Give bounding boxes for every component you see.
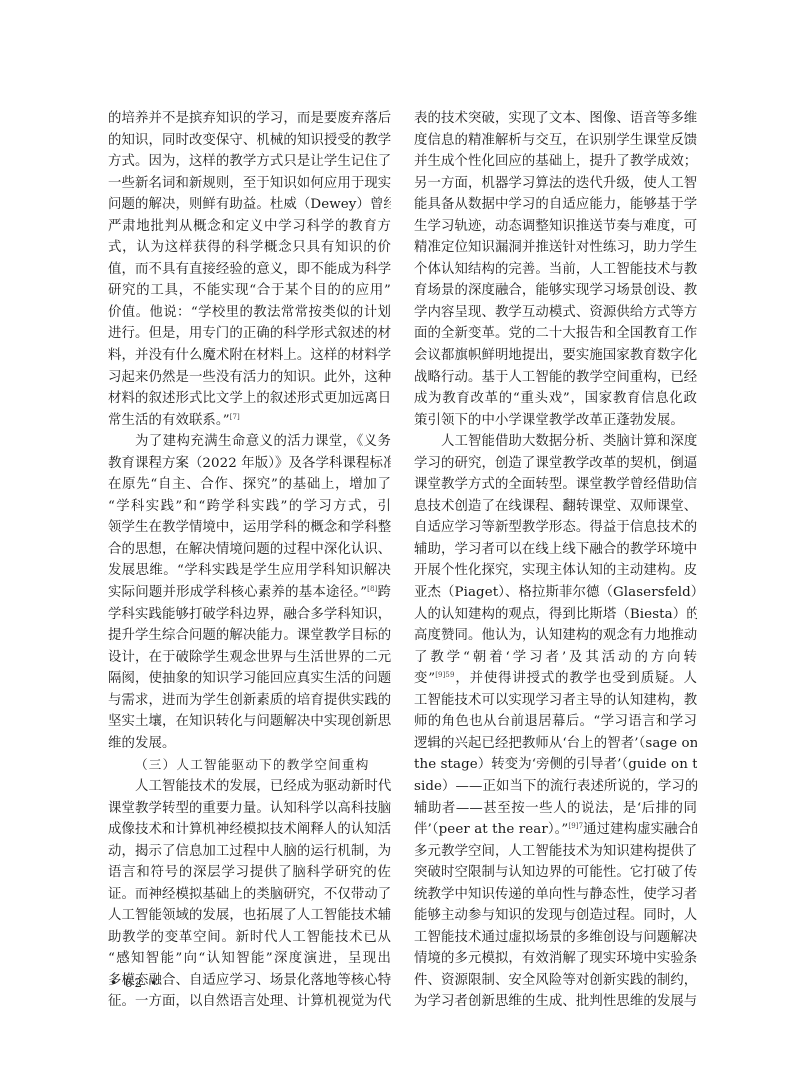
text-line: 成像技术和计算机神经模拟技术阐释人的认知活 [108, 819, 391, 841]
text-line: 人工智能领域的发展，也拓展了人工智能技术辅 [108, 905, 391, 927]
line-text: 精准定位知识漏洞并推送针对性练习，助力学生 [414, 240, 697, 255]
text-line: 战略行动。基于人工智能的教学空间重构，已经 [414, 367, 697, 389]
line-text: 开展个性化探究，实现主体认知的主动建构。皮 [414, 563, 697, 578]
text-line: 育场景的深度融合，能够实现学习场景创设、教 [414, 280, 697, 302]
line-text: 能具备从数据中学习的自适应能力，能够基于学 [414, 197, 697, 212]
line-text: 学习的研究，创造了课堂教学改革的契机，倒逼 [414, 456, 697, 471]
line-text: 伴’（peer at the rear）。” [414, 822, 568, 837]
text-line: 亚杰（Piaget）、格拉斯菲尔德（Glasersfeld）等 [414, 582, 697, 604]
line-text: 教育课程方案（2022 年版）》及各学科课程标准 [108, 456, 391, 471]
line-text: 的知识，同时改变保守、机械的知识授受的教学 [108, 133, 391, 148]
text-line: 常生活的有效联系。”[7] [108, 410, 391, 432]
text-line: 研究的工具，不能实现“合于某个目的的应用” [108, 280, 391, 302]
text-line: 进行。但是，用专门的正确的科学形式叙述的材 [108, 323, 391, 345]
text-line: 突破时空限制与认知边界的可能性。它打破了传 [414, 862, 697, 884]
line-text: side）——正如当下的流行表述所说的，学习的 [414, 779, 697, 794]
left-column: 的培养并不是摈弃知识的学习，而是要废弃落后的知识，同时改变保守、机械的知识授受的… [108, 108, 391, 1013]
line-text: 值，而不具有直接经验的意义，即不能成为科学 [108, 262, 391, 277]
text-line: 人工智能技术的发展，已经成为驱动新时代 [108, 776, 391, 798]
text-line: 为了建构充满生命意义的活力课堂，《义务 [108, 431, 391, 453]
line-text: 能够主动参与知识的发现与创造过程。同时，人 [414, 908, 697, 923]
text-line: 能具备从数据中学习的自适应能力，能够基于学 [414, 194, 697, 216]
line-text: 度信息的精准解析与交互，在识别学生课堂反馈 [414, 133, 697, 148]
text-line: 逻辑的兴起已经把教师从‘台上的智者’（sage on [414, 733, 697, 755]
text-line: 策引领下的中小学课堂教学改革正蓬勃发展。 [414, 410, 697, 432]
line-text: 工智能技术可以实现学习者主导的认知建构，教 [414, 693, 697, 708]
text-line: 值，而不具有直接经验的意义，即不能成为科学 [108, 259, 391, 281]
line-text: 问题的解决，则鲜有助益。杜威（Dewey）曾经 [108, 197, 391, 212]
text-line: 料，并没有什么魔术附在材料上。这样的材料学 [108, 345, 391, 367]
line-text: 辅助，学习者可以在线上线下融合的教学环境中 [414, 542, 697, 557]
line-text: 为了建构充满生命意义的活力课堂，《义务 [135, 434, 391, 449]
line-text: 自适应学习等新型教学形态。得益于信息技术的 [414, 520, 697, 535]
page-number: • 62 • [110, 976, 159, 990]
line-text: 人工智能技术的发展，已经成为驱动新时代 [135, 779, 391, 794]
line-text: 维的发展。 [108, 736, 175, 751]
line-text: 课堂教学方式的全面转型。课堂教学曾经借助信 [414, 477, 697, 492]
text-line: 工智能技术通过虚拟场景的多维创设与问题解决 [414, 927, 697, 949]
text-line: 息技术创造了在线课程、翻转课堂、双师课堂、 [414, 496, 697, 518]
line-text: 语言和符号的深层学习提供了脑科学研究的佐 [108, 865, 391, 880]
text-line: 辅助者——甚至按一些人的说法，是‘后排的同 [414, 798, 697, 820]
line-text: 证。而神经模拟基础上的类脑研究，不仅带动了 [108, 887, 391, 902]
text-line: 度信息的精准解析与交互，在识别学生课堂反馈 [414, 130, 697, 152]
right-column: 表的技术突破，实现了文本、图像、语音等多维度信息的精准解析与交互，在识别学生课堂… [414, 108, 697, 1013]
text-line: 精准定位知识漏洞并推送针对性练习，助力学生 [414, 237, 697, 259]
text-line: 为学习者创新思维的生成、批判性思维的发展与 [414, 991, 697, 1013]
line-text: 料，并没有什么魔术附在材料上。这样的材料学 [108, 348, 391, 363]
line-text-tail: 通过建构虚实融合的 [583, 822, 697, 837]
text-line: 动，揭示了信息加工过程中人脑的运行机制，为 [108, 841, 391, 863]
text-line: 问题的解决，则鲜有助益。杜威（Dewey）曾经 [108, 194, 391, 216]
text-line: 师的角色也从台前退居幕后。“学习语言和学习 [414, 711, 697, 733]
line-text: 学科实践能够打破学科边界，融合多学科知识， [108, 607, 391, 622]
text-line: 面的全新变革。党的二十大报告和全国教育工作 [414, 323, 697, 345]
line-text: 发展思维。“学科实践是学生应用学科知识解决 [108, 563, 391, 578]
text-line: 与需求，进而为学生创新素质的培育提供实践的 [108, 690, 391, 712]
line-text: 合的思想，在解决情境问题的过程中深化认识、 [108, 542, 391, 557]
line-text: 统教学中知识传递的单向性与静态性，使学习者 [414, 887, 697, 902]
text-line: 统教学中知识传递的单向性与静态性，使学习者 [414, 884, 697, 906]
line-text: 一些新名词和新规则，至于知识如何应用于现实 [108, 176, 391, 191]
line-text: 习起来仍然是一些没有活力的知识。此外，这种 [108, 370, 391, 385]
line-text: 师的角色也从台前退居幕后。“学习语言和学习 [414, 714, 697, 729]
line-text: 进行。但是，用专门的正确的科学形式叙述的材 [108, 326, 391, 341]
text-line: 隔阂，使抽象的知识学习能回应真实生活的问题 [108, 668, 391, 690]
line-text: 战略行动。基于人工智能的教学空间重构，已经 [414, 370, 697, 385]
text-line: 发展思维。“学科实践是学生应用学科知识解决 [108, 560, 391, 582]
text-line: 方式。因为，这样的教学方式只是让学生记住了 [108, 151, 391, 173]
text-line: 生学习轨迹，动态调整知识推送节奏与难度，可 [414, 216, 697, 238]
line-text: 突破时空限制与认知边界的可能性。它打破了传 [414, 865, 697, 880]
text-line: “学科实践”和“跨学科实践”的学习方式，引 [108, 496, 391, 518]
text-line: 能够主动参与知识的发现与创造过程。同时，人 [414, 905, 697, 927]
line-text: 了教学“朝着‘学习者’及其活动的方向转 [414, 650, 697, 665]
line-text: 变” [414, 671, 435, 686]
line-text: 成为教育改革的“重头戏”，国家教育信息化政 [414, 391, 697, 406]
text-line: 语言和符号的深层学习提供了脑科学研究的佐 [108, 862, 391, 884]
text-line: 情境的多元模拟，有效消解了现实环境中实验条 [414, 948, 697, 970]
line-text: 实际问题并形成学科核心素养的基本途径。” [108, 585, 367, 600]
line-text: 辅助者——甚至按一些人的说法，是‘后排的同 [414, 801, 697, 816]
text-line: 表的技术突破，实现了文本、图像、语音等多维 [414, 108, 697, 130]
text-line: the stage）转变为‘旁侧的引导者’（guide on the [414, 754, 697, 776]
line-text: 并生成个性化回应的基础上，提升了教学成效； [414, 154, 697, 169]
line-text: 的培养并不是摈弃知识的学习，而是要废弃落后 [108, 111, 391, 126]
text-line: 人的认知建构的观点，得到比斯塔（Biesta）的 [414, 604, 697, 626]
line-text: 息技术创造了在线课程、翻转课堂、双师课堂、 [414, 499, 697, 514]
text-line: 另一方面，机器学习算法的迭代升级，使人工智 [414, 173, 697, 195]
text-line: 学科实践能够打破学科边界，融合多学科知识， [108, 604, 391, 626]
text-line: 件、资源限制、安全风险等对创新实践的制约， [414, 970, 697, 992]
line-text: 隔阂，使抽象的知识学习能回应真实生活的问题 [108, 671, 391, 686]
line-text: 人的认知建构的观点，得到比斯塔（Biesta）的 [414, 607, 697, 622]
line-text: 与需求，进而为学生创新素质的培育提供实践的 [108, 693, 391, 708]
text-line: 教育课程方案（2022 年版）》及各学科课程标准 [108, 453, 391, 475]
citation-reference[interactable]: [9]7 [568, 822, 583, 830]
text-line: 学习的研究，创造了课堂教学改革的契机，倒逼 [414, 453, 697, 475]
line-text: 多元教学空间，人工智能技术为知识建构提供了 [414, 844, 697, 859]
section-heading: （三）人工智能驱动下的教学空间重构 [108, 754, 391, 776]
line-text: 成像技术和计算机神经模拟技术阐释人的认知活 [108, 822, 391, 837]
line-text: 材料的叙述形式比文学上的叙述形式更加远离日 [108, 391, 391, 406]
line-text: “学科实践”和“跨学科实践”的学习方式，引 [108, 499, 391, 514]
text-line: 伴’（peer at the rear）。”[9]7通过建构虚实融合的 [414, 819, 697, 841]
text-line: 式，认为这样获得的科学概念只具有知识的价 [108, 237, 391, 259]
text-line: 多元教学空间，人工智能技术为知识建构提供了 [414, 841, 697, 863]
text-line: 工智能技术可以实现学习者主导的认知建构，教 [414, 690, 697, 712]
text-line: 实际问题并形成学科核心素养的基本途径。”[8]跨 [108, 582, 391, 604]
line-text: the stage）转变为‘旁侧的引导者’（guide on the [414, 757, 697, 772]
line-text: 面的全新变革。党的二十大报告和全国教育工作 [414, 326, 697, 341]
line-text: 价值。他说：“学校里的教法常常按类似的计划 [108, 305, 391, 320]
text-line: 合的思想，在解决情境问题的过程中深化认识、 [108, 539, 391, 561]
line-text: 领学生在教学情境中，运用学科的概念和学科整 [108, 520, 391, 535]
text-line: 高度赞同。他认为，认知建构的观念有力地推动 [414, 625, 697, 647]
text-line: 坚实土壤，在知识转化与问题解决中实现创新思 [108, 711, 391, 733]
line-text: （三）人工智能驱动下的教学空间重构 [135, 757, 370, 772]
line-text: 情境的多元模拟，有效消解了现实环境中实验条 [414, 951, 697, 966]
line-text: 表的技术突破，实现了文本、图像、语音等多维 [414, 111, 697, 126]
text-line: 习起来仍然是一些没有活力的知识。此外，这种 [108, 367, 391, 389]
line-text: 高度赞同。他认为，认知建构的观念有力地推动 [414, 628, 697, 643]
line-text: 会议都旗帜鲜明地提出，要实施国家教育数字化 [414, 348, 697, 363]
line-text: 严肃地批判从概念和定义中学习科学的教育方 [108, 219, 391, 234]
text-line: 助教学的变革空间。新时代人工智能技术已从 [108, 927, 391, 949]
text-line: 领学生在教学情境中，运用学科的概念和学科整 [108, 517, 391, 539]
line-text: 育场景的深度融合，能够实现学习场景创设、教 [414, 283, 697, 298]
text-line: 了教学“朝着‘学习者’及其活动的方向转 [414, 647, 697, 669]
line-text: 逻辑的兴起已经把教师从‘台上的智者’（sage on [414, 736, 697, 751]
text-line: 开展个性化探究，实现主体认知的主动建构。皮 [414, 560, 697, 582]
text-line: 征。一方面，以自然语言处理、计算机视觉为代 [108, 991, 391, 1013]
text-line: 的培养并不是摈弃知识的学习，而是要废弃落后 [108, 108, 391, 130]
text-line: “感知智能”向“认知智能”深度演进，呈现出 [108, 948, 391, 970]
text-line: 提升学生综合问题的解决能力。课堂教学目标的 [108, 625, 391, 647]
text-line: 一些新名词和新规则，至于知识如何应用于现实 [108, 173, 391, 195]
line-text: 件、资源限制、安全风险等对创新实践的制约， [414, 973, 697, 988]
text-line: 维的发展。 [108, 733, 391, 755]
line-text: 人工智能领域的发展，也拓展了人工智能技术辅 [108, 908, 391, 923]
line-text: 亚杰（Piaget）、格拉斯菲尔德（Glasersfeld）等 [414, 585, 697, 600]
citation-reference[interactable]: [8] [367, 585, 377, 593]
text-line: 人工智能借助大数据分析、类脑计算和深度 [414, 431, 697, 453]
line-text: 式，认为这样获得的科学概念只具有知识的价 [108, 240, 391, 255]
line-text: 个体认知结构的完善。当前，人工智能技术与教 [414, 262, 697, 277]
text-line: 个体认知结构的完善。当前，人工智能技术与教 [414, 259, 697, 281]
text-line: side）——正如当下的流行表述所说的，学习的 [414, 776, 697, 798]
citation-reference[interactable]: [9]59 [435, 671, 454, 679]
line-text: 为学习者创新思维的生成、批判性思维的发展与 [414, 994, 697, 1009]
text-line: 课堂教学转型的重要力量。认知科学以高科技脑 [108, 798, 391, 820]
line-text-tail: 跨 [377, 585, 391, 600]
text-line: 自适应学习等新型教学形态。得益于信息技术的 [414, 517, 697, 539]
text-line: 材料的叙述形式比文学上的叙述形式更加远离日 [108, 388, 391, 410]
text-line: 辅助，学习者可以在线上线下融合的教学环境中 [414, 539, 697, 561]
text-line: 的知识，同时改变保守、机械的知识授受的教学 [108, 130, 391, 152]
text-line: 严肃地批判从概念和定义中学习科学的教育方 [108, 216, 391, 238]
text-line: 设计，在于破除学生观念世界与生活世界的二元 [108, 647, 391, 669]
line-text: 另一方面，机器学习算法的迭代升级，使人工智 [414, 176, 697, 191]
line-text: 提升学生综合问题的解决能力。课堂教学目标的 [108, 628, 391, 643]
line-text: 动，揭示了信息加工过程中人脑的运行机制，为 [108, 844, 391, 859]
text-line: 变”[9]59，并使得讲授式的教学也受到质疑。人 [414, 668, 697, 690]
text-line: 并生成个性化回应的基础上，提升了教学成效； [414, 151, 697, 173]
text-line: 学内容呈现、教学互动模式、资源供给方式等方 [414, 302, 697, 324]
line-text: 方式。因为，这样的教学方式只是让学生记住了 [108, 154, 391, 169]
text-line: 价值。他说：“学校里的教法常常按类似的计划 [108, 302, 391, 324]
line-text: 助教学的变革空间。新时代人工智能技术已从 [108, 930, 391, 945]
line-text: 学内容呈现、教学互动模式、资源供给方式等方 [414, 305, 697, 320]
line-text: 设计，在于破除学生观念世界与生活世界的二元 [108, 650, 391, 665]
line-text: 生学习轨迹，动态调整知识推送节奏与难度，可 [414, 219, 697, 234]
line-text: 在原先“自主、合作、探究”的基础上，增加了 [108, 477, 391, 492]
line-text: 工智能技术通过虚拟场景的多维创设与问题解决 [414, 930, 697, 945]
citation-reference[interactable]: [7] [230, 413, 240, 421]
line-text: “感知智能”向“认知智能”深度演进，呈现出 [108, 951, 391, 966]
line-text: 课堂教学转型的重要力量。认知科学以高科技脑 [108, 801, 391, 816]
text-line: 成为教育改革的“重头戏”，国家教育信息化政 [414, 388, 697, 410]
text-line: 会议都旗帜鲜明地提出，要实施国家教育数字化 [414, 345, 697, 367]
line-text: 人工智能借助大数据分析、类脑计算和深度 [441, 434, 697, 449]
line-text: 征。一方面，以自然语言处理、计算机视觉为代 [108, 994, 391, 1009]
text-line: 课堂教学方式的全面转型。课堂教学曾经借助信 [414, 474, 697, 496]
line-text: 研究的工具，不能实现“合于某个目的的应用” [108, 283, 391, 298]
line-text-tail: ，并使得讲授式的教学也受到质疑。人 [455, 671, 697, 686]
text-line: 在原先“自主、合作、探究”的基础上，增加了 [108, 474, 391, 496]
text-line: 证。而神经模拟基础上的类脑研究，不仅带动了 [108, 884, 391, 906]
line-text: 常生活的有效联系。” [108, 413, 230, 428]
line-text: 策引领下的中小学课堂教学改革正蓬勃发展。 [414, 413, 684, 428]
line-text: 坚实土壤，在知识转化与问题解决中实现创新思 [108, 714, 391, 729]
